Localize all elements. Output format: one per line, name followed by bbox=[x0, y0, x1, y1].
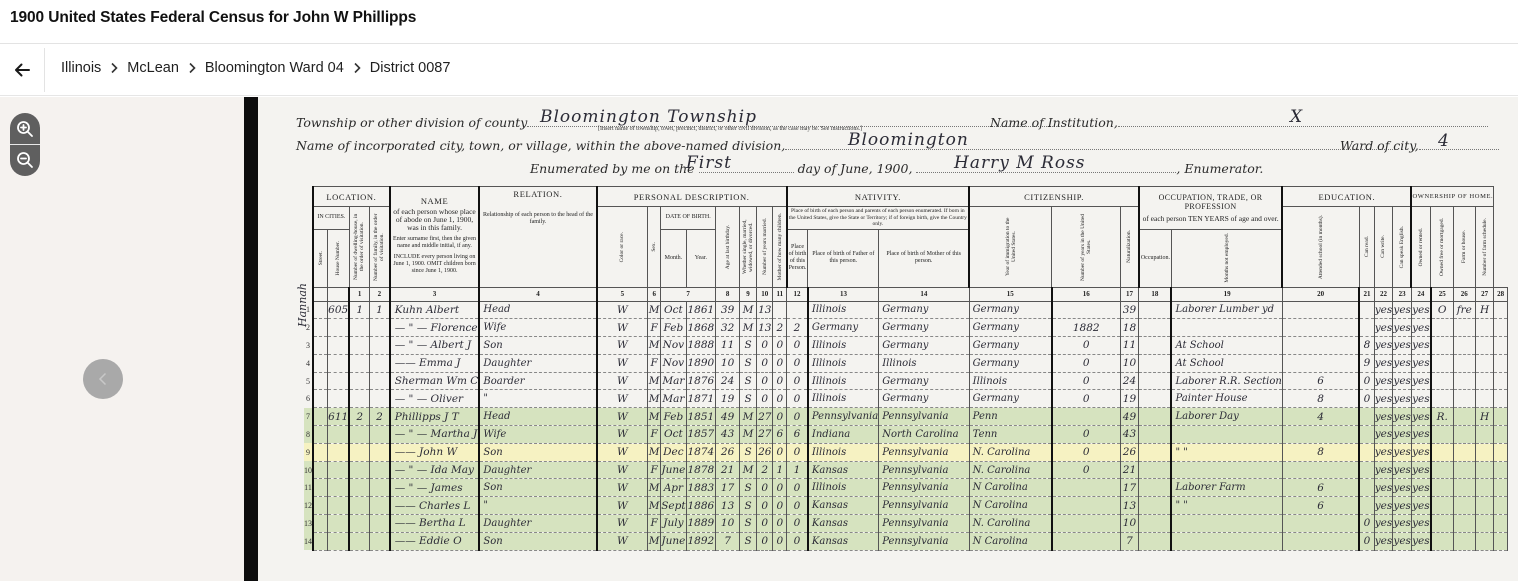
cell-year: 1888 bbox=[686, 337, 716, 355]
cell-family bbox=[370, 532, 390, 550]
cell-year: 1886 bbox=[686, 497, 716, 515]
cell-immig bbox=[1052, 515, 1120, 533]
cell-year: 1851 bbox=[686, 408, 716, 426]
cell-yrs-us: 24 bbox=[1120, 372, 1139, 390]
cell-speak: yes bbox=[1411, 319, 1430, 337]
cell-dwelling bbox=[349, 390, 369, 408]
census-row[interactable]: 9—— John WSonWMDec187426S2600IllinoisPen… bbox=[304, 443, 1518, 461]
line-number: 7 bbox=[304, 408, 313, 426]
cell-color: W bbox=[597, 301, 648, 319]
cell-yrs-us: 26 bbox=[1120, 443, 1139, 461]
column-number-5: 5 bbox=[597, 287, 648, 301]
cell-relation: " bbox=[479, 390, 596, 408]
cell-sex: M bbox=[648, 443, 661, 461]
header-farm-schedule: Number of farm schedule. bbox=[1475, 207, 1493, 288]
cell-color: W bbox=[597, 497, 648, 515]
column-number-15: 15 bbox=[969, 287, 1052, 301]
cell-occupation bbox=[1171, 461, 1282, 479]
breadcrumb: Illinois McLean Bloomington Ward 04 Dist… bbox=[61, 60, 450, 76]
cell-pob-father: Germany bbox=[879, 337, 969, 355]
cell-unemployed: 6 bbox=[1282, 497, 1359, 515]
cell-sex: M bbox=[648, 408, 661, 426]
census-row[interactable]: 8— " — Martha JWifeWFOct185743M2766India… bbox=[304, 426, 1518, 444]
cell-school bbox=[1359, 443, 1374, 461]
cell-speak: yes bbox=[1411, 461, 1430, 479]
cell-farm bbox=[1475, 390, 1493, 408]
city-label: Name of incorporated city, town, or vill… bbox=[296, 138, 1395, 153]
cell-read: yes bbox=[1374, 426, 1393, 444]
column-number-27: 27 bbox=[1475, 287, 1493, 301]
cell-schedule bbox=[1494, 319, 1508, 337]
cell-free bbox=[1453, 479, 1475, 497]
cell-pob-mother: N Carolina bbox=[969, 532, 1052, 550]
cell-yrs-married: 0 bbox=[757, 479, 773, 497]
image-viewer[interactable]: Township or other division of county Blo… bbox=[0, 97, 1518, 581]
column-number-19: 19 bbox=[1171, 287, 1282, 301]
cell-yrs-us: 17 bbox=[1120, 479, 1139, 497]
cell-free bbox=[1453, 515, 1475, 533]
cell-marital: M bbox=[740, 301, 757, 319]
header-color: Color or race. bbox=[597, 207, 648, 288]
cell-pob-mother: N Carolina bbox=[969, 497, 1052, 515]
cell-family bbox=[370, 337, 390, 355]
breadcrumb-state[interactable]: Illinois bbox=[61, 60, 101, 76]
cell-free bbox=[1453, 390, 1475, 408]
cell-mother-of: 0 bbox=[773, 515, 787, 533]
cell-dwelling bbox=[349, 461, 369, 479]
cell-street bbox=[313, 301, 328, 319]
back-button[interactable] bbox=[0, 48, 45, 92]
header-years-married: Number of years married. bbox=[757, 207, 773, 288]
cell-pob: Germany bbox=[808, 319, 879, 337]
cell-immig bbox=[1052, 532, 1120, 550]
cell-free bbox=[1453, 443, 1475, 461]
cell-street bbox=[313, 390, 328, 408]
cell-mother-of: 0 bbox=[773, 390, 787, 408]
cell-color: W bbox=[597, 372, 648, 390]
cell-street bbox=[313, 479, 328, 497]
cell-free bbox=[1453, 337, 1475, 355]
census-row[interactable]: 3— " — Albert JSonWMNov188811S000Illinoi… bbox=[304, 337, 1518, 355]
cell-school bbox=[1359, 319, 1374, 337]
cell-pob-father: Pennsylvania bbox=[879, 497, 969, 515]
cell-write: yes bbox=[1393, 532, 1412, 550]
census-row[interactable]: 761122Phillipps J THeadWMFeb185149M2700P… bbox=[304, 408, 1518, 426]
line-number: 6 bbox=[304, 390, 313, 408]
cell-occupation: Laborer Day bbox=[1171, 408, 1282, 426]
cell-pob: Pennsylvania bbox=[808, 408, 879, 426]
breadcrumb-county[interactable]: McLean bbox=[127, 60, 179, 76]
cell-age: 39 bbox=[716, 301, 740, 319]
cell-free bbox=[1453, 354, 1475, 372]
cell-speak: yes bbox=[1411, 532, 1430, 550]
cell-occupation: Laborer Lumber yd bbox=[1171, 301, 1282, 319]
zoom-controls bbox=[10, 113, 40, 176]
header-house: House Number. bbox=[328, 229, 350, 287]
cell-unemployed bbox=[1282, 319, 1359, 337]
enumerated-line: Enumerated by me on the day of June, 190… bbox=[530, 161, 1263, 176]
cell-natur bbox=[1139, 372, 1172, 390]
cell-house bbox=[328, 426, 350, 444]
cell-immig: 0 bbox=[1052, 426, 1120, 444]
cell-name: — " — Florence bbox=[390, 319, 480, 337]
cell-read: yes bbox=[1374, 408, 1393, 426]
cell-age: 32 bbox=[716, 319, 740, 337]
cell-pob-mother: N. Carolina bbox=[969, 461, 1052, 479]
arrow-left-icon bbox=[12, 60, 32, 80]
cell-read: yes bbox=[1374, 337, 1393, 355]
cell-occupation: Laborer R.R. Section bbox=[1171, 372, 1282, 390]
chevron-right-icon bbox=[352, 62, 362, 74]
cell-pob-mother: Illinois bbox=[969, 372, 1052, 390]
cell-occupation: " " bbox=[1171, 497, 1282, 515]
cell-immig bbox=[1052, 497, 1120, 515]
group-personal: PERSONAL DESCRIPTION. bbox=[597, 187, 787, 207]
cell-month: Nov bbox=[661, 337, 686, 355]
township-value: Bloomington Township bbox=[540, 107, 757, 127]
header-age: Age at last birthday. bbox=[716, 207, 740, 288]
breadcrumb-district[interactable]: District 0087 bbox=[370, 60, 451, 76]
cell-natur bbox=[1139, 461, 1172, 479]
cell-yrs-us: 13 bbox=[1120, 497, 1139, 515]
enumerator-name: Harry M Ross bbox=[954, 153, 1086, 173]
line-number: 10 bbox=[304, 461, 313, 479]
header-can-speak: Can speak English. bbox=[1393, 207, 1412, 288]
cell-pob-father: Germany bbox=[879, 301, 969, 319]
cell-pob-father: Pennsylvania bbox=[879, 479, 969, 497]
cell-schedule bbox=[1494, 301, 1508, 319]
cell-natur bbox=[1139, 515, 1172, 533]
cell-owned: R. bbox=[1431, 408, 1453, 426]
cell-occupation: Painter House bbox=[1171, 390, 1282, 408]
cell-mother-of: 6 bbox=[773, 426, 787, 444]
cell-farm: H bbox=[1475, 408, 1493, 426]
cell-school bbox=[1359, 479, 1374, 497]
cell-dwelling bbox=[349, 319, 369, 337]
cell-yrs-us: 7 bbox=[1120, 532, 1139, 550]
cell-dwelling bbox=[349, 532, 369, 550]
cell-schedule bbox=[1494, 390, 1508, 408]
cell-age: 21 bbox=[716, 461, 740, 479]
zoom-out-button[interactable] bbox=[10, 144, 40, 175]
cell-living: 0 bbox=[787, 532, 808, 550]
census-table: LOCATION. NAMEof each person whose place… bbox=[304, 186, 1518, 551]
cell-schedule bbox=[1494, 354, 1508, 372]
cell-schedule bbox=[1494, 497, 1508, 515]
cell-marital: M bbox=[740, 408, 757, 426]
cell-mother-of: 0 bbox=[773, 408, 787, 426]
previous-image-button[interactable] bbox=[83, 359, 123, 399]
group-education: EDUCATION. bbox=[1282, 187, 1411, 207]
cell-street bbox=[313, 426, 328, 444]
cell-pob-mother: N. Carolina bbox=[969, 515, 1052, 533]
cell-write: yes bbox=[1393, 461, 1412, 479]
cell-street bbox=[313, 461, 328, 479]
nav-bar: Illinois McLean Bloomington Ward 04 Dist… bbox=[0, 44, 1518, 96]
cell-family: 1 bbox=[370, 301, 390, 319]
cell-pob: Illinois bbox=[808, 372, 879, 390]
census-image[interactable]: Township or other division of county Blo… bbox=[244, 97, 1518, 581]
cell-owned bbox=[1431, 515, 1453, 533]
cell-farm bbox=[1475, 426, 1493, 444]
cell-immig: 0 bbox=[1052, 372, 1120, 390]
cell-month: Oct bbox=[661, 301, 686, 319]
cell-yrs-married: 26 bbox=[757, 443, 773, 461]
cell-school: 0 bbox=[1359, 390, 1374, 408]
column-number-8: 8 bbox=[716, 287, 740, 301]
cell-age: 10 bbox=[716, 515, 740, 533]
cell-month: Apr bbox=[661, 479, 686, 497]
cell-schedule bbox=[1494, 461, 1508, 479]
cell-month: Nov bbox=[661, 354, 686, 372]
census-row[interactable]: 11— " — JamesSonWMApr188317S000IllinoisP… bbox=[304, 479, 1518, 497]
cell-relation: Son bbox=[479, 337, 596, 355]
cell-living: 0 bbox=[787, 354, 808, 372]
census-row[interactable]: 14—— Eddie OSonWMJune18927S000KansasPenn… bbox=[304, 532, 1518, 550]
cell-sex: M bbox=[648, 390, 661, 408]
cell-natur bbox=[1139, 337, 1172, 355]
cell-unemployed bbox=[1282, 515, 1359, 533]
cell-schedule bbox=[1494, 408, 1508, 426]
cell-pob: Illinois bbox=[808, 337, 879, 355]
cell-dwelling bbox=[349, 515, 369, 533]
census-row[interactable]: 10— " — Ida MayDaughterWFJune187821M211K… bbox=[304, 461, 1518, 479]
cell-house: 605 bbox=[328, 301, 350, 319]
cell-marital: S bbox=[740, 443, 757, 461]
cell-house bbox=[328, 479, 350, 497]
cell-family bbox=[370, 354, 390, 372]
line-number: 4 bbox=[304, 354, 313, 372]
cell-yrs-married: 0 bbox=[757, 337, 773, 355]
cell-month: Sept bbox=[661, 497, 686, 515]
zoom-in-button[interactable] bbox=[10, 113, 40, 144]
cell-farm bbox=[1475, 354, 1493, 372]
header-mother-of: Mother of how many children. bbox=[773, 207, 787, 288]
group-location: LOCATION. bbox=[313, 187, 390, 207]
cell-yrs-married: 27 bbox=[757, 408, 773, 426]
cell-immig: 0 bbox=[1052, 337, 1120, 355]
cell-year: 1890 bbox=[686, 354, 716, 372]
cell-immig: 0 bbox=[1052, 461, 1120, 479]
street-name: Hannah bbox=[296, 283, 309, 327]
cell-age: 26 bbox=[716, 443, 740, 461]
cell-natur bbox=[1139, 443, 1172, 461]
cell-farm: H bbox=[1475, 301, 1493, 319]
cell-natur bbox=[1139, 301, 1172, 319]
cell-living: 0 bbox=[787, 372, 808, 390]
cell-mother-of: 0 bbox=[773, 372, 787, 390]
cell-yrs-us: 10 bbox=[1120, 354, 1139, 372]
cell-free bbox=[1453, 461, 1475, 479]
cell-age: 24 bbox=[716, 372, 740, 390]
cell-yrs-married: 0 bbox=[757, 497, 773, 515]
cell-yrs-married: 0 bbox=[757, 372, 773, 390]
cell-year: 1861 bbox=[686, 301, 716, 319]
column-number-14: 14 bbox=[879, 287, 969, 301]
cell-marital: S bbox=[740, 337, 757, 355]
cell-schedule bbox=[1494, 372, 1508, 390]
zoom-in-icon bbox=[16, 120, 34, 138]
cell-yrs-us: 43 bbox=[1120, 426, 1139, 444]
cell-yrs-married: 0 bbox=[757, 390, 773, 408]
cell-occupation: Laborer Farm bbox=[1171, 479, 1282, 497]
cell-street bbox=[313, 354, 328, 372]
cell-mother-of: 1 bbox=[773, 461, 787, 479]
zoom-out-icon bbox=[16, 151, 34, 169]
census-page: Township or other division of county Blo… bbox=[258, 97, 1518, 581]
cell-yrs-married: 0 bbox=[757, 532, 773, 550]
column-number-9: 9 bbox=[740, 287, 757, 301]
cell-dwelling bbox=[349, 479, 369, 497]
cell-name: Sherman Wm C bbox=[390, 372, 480, 390]
cell-natur bbox=[1139, 532, 1172, 550]
breadcrumb-ward[interactable]: Bloomington Ward 04 bbox=[205, 60, 344, 76]
cell-dwelling bbox=[349, 354, 369, 372]
cell-pob-mother: Germany bbox=[969, 337, 1052, 355]
cell-immig: 1882 bbox=[1052, 319, 1120, 337]
cell-schedule bbox=[1494, 532, 1508, 550]
column-number-21: 21 bbox=[1359, 287, 1374, 301]
cell-pob-father: Pennsylvania bbox=[879, 515, 969, 533]
cell-sex: M bbox=[648, 372, 661, 390]
cell-yrs-us: 21 bbox=[1120, 461, 1139, 479]
cell-school bbox=[1359, 426, 1374, 444]
cell-speak: yes bbox=[1411, 301, 1430, 319]
column-number-22: 22 bbox=[1374, 287, 1393, 301]
cell-living: 6 bbox=[787, 426, 808, 444]
cell-mother-of: 0 bbox=[773, 337, 787, 355]
cell-unemployed: 8 bbox=[1282, 443, 1359, 461]
header-naturalization: Naturalization. bbox=[1120, 207, 1139, 288]
cell-marital: S bbox=[740, 515, 757, 533]
cell-write: yes bbox=[1393, 497, 1412, 515]
header-owned-free: Owned free or mortgaged. bbox=[1431, 207, 1453, 288]
cell-relation: Daughter bbox=[479, 515, 596, 533]
cell-owned bbox=[1431, 354, 1453, 372]
cell-street bbox=[313, 337, 328, 355]
cell-marital: M bbox=[740, 319, 757, 337]
cell-pob-mother: N Carolina bbox=[969, 479, 1052, 497]
cell-natur bbox=[1139, 497, 1172, 515]
cell-occupation: At School bbox=[1171, 337, 1282, 355]
column-number-11: 11 bbox=[773, 287, 787, 301]
scan-edge bbox=[244, 97, 258, 581]
census-row[interactable]: 160511Kuhn AlbertHeadWMOct186139M13Illin… bbox=[304, 301, 1518, 319]
cell-school bbox=[1359, 461, 1374, 479]
enumerated-day: First bbox=[686, 153, 732, 173]
cell-owned bbox=[1431, 390, 1453, 408]
cell-write: yes bbox=[1393, 515, 1412, 533]
cell-name: Phillipps J T bbox=[390, 408, 480, 426]
cell-speak: yes bbox=[1411, 372, 1430, 390]
cell-dwelling bbox=[349, 372, 369, 390]
census-row[interactable]: 12—— Charles L"WMSept188613S000KansasPen… bbox=[304, 497, 1518, 515]
cell-month: Oct bbox=[661, 426, 686, 444]
header-immigration: Year of immigration to the United States… bbox=[969, 207, 1052, 288]
census-row[interactable]: 6— " — Oliver"WMMar187119S000IllinoisGer… bbox=[304, 390, 1518, 408]
cell-read: yes bbox=[1374, 479, 1393, 497]
cell-read: yes bbox=[1374, 497, 1393, 515]
cell-color: W bbox=[597, 426, 648, 444]
cell-color: W bbox=[597, 515, 648, 533]
cell-natur bbox=[1139, 390, 1172, 408]
cell-owned: O bbox=[1431, 301, 1453, 319]
ward-value: 4 bbox=[1438, 131, 1450, 151]
header-date-of-birth: DATE OF BIRTH. bbox=[661, 207, 716, 230]
cell-pob-father: Pennsylvania bbox=[879, 461, 969, 479]
cell-dwelling bbox=[349, 337, 369, 355]
cell-sex: F bbox=[648, 426, 661, 444]
cell-marital: S bbox=[740, 479, 757, 497]
cell-owned bbox=[1431, 426, 1453, 444]
cell-pob-mother: Germany bbox=[969, 301, 1052, 319]
census-row[interactable]: 4—— Emma JDaughterWFNov189010S000Illinoi… bbox=[304, 354, 1518, 372]
cell-write: yes bbox=[1393, 408, 1412, 426]
cell-dwelling bbox=[349, 443, 369, 461]
page-title: 1900 United States Federal Census for Jo… bbox=[10, 9, 416, 27]
cell-write: yes bbox=[1393, 426, 1412, 444]
cell-family bbox=[370, 497, 390, 515]
cell-living: 0 bbox=[787, 390, 808, 408]
cell-free bbox=[1453, 497, 1475, 515]
cell-farm bbox=[1475, 479, 1493, 497]
group-citizenship: CITIZENSHIP. bbox=[969, 187, 1139, 207]
cell-name: — " — Ida May bbox=[390, 461, 480, 479]
header-in-cities: IN CITIES. bbox=[313, 207, 349, 230]
column-number-25: 25 bbox=[1431, 287, 1453, 301]
census-row[interactable]: 13—— Bertha LDaughterWFJuly188910S000Kan… bbox=[304, 515, 1518, 533]
cell-color: W bbox=[597, 443, 648, 461]
cell-farm bbox=[1475, 532, 1493, 550]
cell-farm bbox=[1475, 372, 1493, 390]
cell-name: —— Eddie O bbox=[390, 532, 480, 550]
cell-house bbox=[328, 354, 350, 372]
cell-pob-mother: N. Carolina bbox=[969, 443, 1052, 461]
cell-pob-father: Pennsylvania bbox=[879, 408, 969, 426]
cell-write: yes bbox=[1393, 354, 1412, 372]
header-attended-school: Attended school (in months). bbox=[1282, 207, 1359, 288]
cell-unemployed bbox=[1282, 337, 1359, 355]
cell-age: 19 bbox=[716, 390, 740, 408]
cell-mother-of: 0 bbox=[773, 532, 787, 550]
cell-marital: S bbox=[740, 390, 757, 408]
cell-relation: Daughter bbox=[479, 354, 596, 372]
cell-pob-father: Illinois bbox=[879, 354, 969, 372]
cell-mother-of: 0 bbox=[773, 354, 787, 372]
column-number-3: 3 bbox=[390, 287, 480, 301]
cell-sex: M bbox=[648, 532, 661, 550]
line-number: 12 bbox=[304, 497, 313, 515]
cell-relation: Head bbox=[479, 408, 596, 426]
column-number-2: 2 bbox=[370, 287, 390, 301]
cell-occupation bbox=[1171, 515, 1282, 533]
census-row[interactable]: 2— " — FlorenceWifeWFFeb186832M1322Germa… bbox=[304, 319, 1518, 337]
cell-street bbox=[313, 497, 328, 515]
cell-school: 9 bbox=[1359, 354, 1374, 372]
cell-month: Mar bbox=[661, 372, 686, 390]
cell-living: 0 bbox=[787, 443, 808, 461]
cell-natur bbox=[1139, 319, 1172, 337]
cell-immig: 0 bbox=[1052, 354, 1120, 372]
census-row[interactable]: 5Sherman Wm CBoarderWMMar187624S000Illin… bbox=[304, 372, 1518, 390]
cell-age: 49 bbox=[716, 408, 740, 426]
cell-school bbox=[1359, 408, 1374, 426]
cell-speak: yes bbox=[1411, 479, 1430, 497]
cell-natur bbox=[1139, 408, 1172, 426]
cell-write: yes bbox=[1393, 319, 1412, 337]
cell-school: 0 bbox=[1359, 532, 1374, 550]
group-occupation: OCCUPATION, TRADE, OR PROFESSIONof each … bbox=[1139, 187, 1282, 230]
